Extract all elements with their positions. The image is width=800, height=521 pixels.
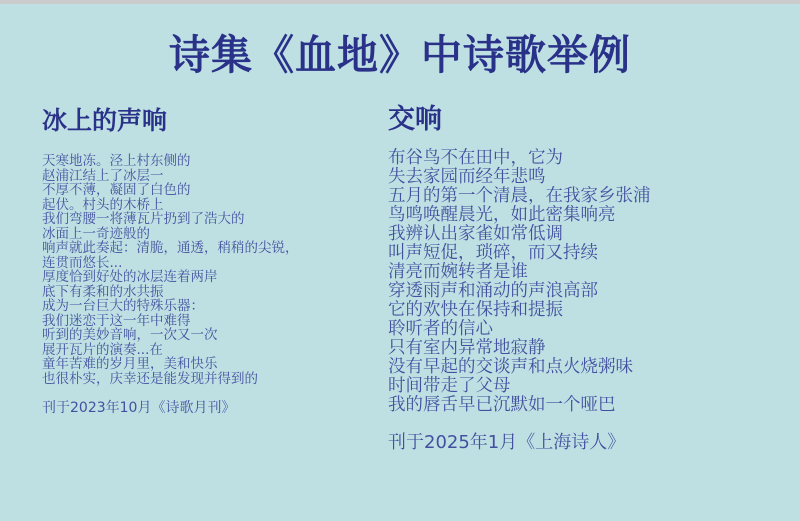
poem-line: 成为一台巨大的特殊乐器： [42,299,377,314]
poem-line: 冰面上一奇迹般的 [42,227,377,242]
poem-line: 展开瓦片的演奏...在 [42,343,377,358]
poem-line: 我们迷恋于这一年中难得 [42,314,377,329]
top-border-strip [0,0,800,4]
poem-line: 底下有柔和的水共振 [42,285,377,300]
poem-line: 我们弯腰一将薄瓦片扔到了浩大的 [42,212,377,227]
poem-line: 连贯而悠长... [42,256,377,271]
poem-line: 时间带走了父母 [388,377,788,396]
poem-line: 穿透雨声和涌动的声浪高部 [388,282,788,301]
poem-line: 只有室内异常地寂静 [388,339,788,358]
poem-line: 失去家园而经年悲鸣 [388,168,788,187]
poem-line: 我辨认出家雀如常低调 [388,225,788,244]
poem-line: 布谷鸟不在田中，它为 [388,149,788,168]
poem-line: 起伏。村头的木桥上 [42,198,377,213]
poem-line: 五月的第一个清晨，在我家乡张浦 [388,187,788,206]
poem-line: 不厚不薄，凝固了白色的 [42,183,377,198]
poem-body-left: 天寒地冻。泾上村东侧的赵浦江结上了冰层一不厚不薄，凝固了白色的起伏。村头的木桥上… [42,154,377,386]
poem-line: 也很朴实，庆幸还是能发现并得到的 [42,372,377,387]
poem-line: 听到的美妙音响，一次又一次 [42,328,377,343]
poem-line: 没有早起的交谈声和点火烧粥味 [388,358,788,377]
poem-body-right: 布谷鸟不在田中，它为失去家园而经年悲鸣五月的第一个清晨，在我家乡张浦鸟鸣唤醒晨光… [388,149,788,415]
poem-line: 我的唇舌早已沉默如一个哑巴 [388,396,788,415]
poem-line: 厚度恰到好处的冰层连着两岸 [42,270,377,285]
poem-line: 叫声短促，琐碎，而又持续 [388,244,788,263]
poem-section-left: 冰上的声响 天寒地冻。泾上村东侧的赵浦江结上了冰层一不厚不薄，凝固了白色的起伏。… [42,101,377,417]
poem-title-left: 冰上的声响 [42,101,377,137]
poem-title-right: 交响 [388,97,788,136]
poem-line: 清亮而婉转者是谁 [388,263,788,282]
poem-line: 聆听者的信心 [388,320,788,339]
poem-section-right: 交响 布谷鸟不在田中，它为失去家园而经年悲鸣五月的第一个清晨，在我家乡张浦鸟鸣唤… [388,97,788,454]
poem-line: 鸟鸣唤醒晨光，如此密集响亮 [388,206,788,225]
poem-line: 赵浦江结上了冰层一 [42,169,377,184]
poem-line: 天寒地冻。泾上村东侧的 [42,154,377,169]
page-title: 诗集《血地》中诗歌举例 [0,22,800,81]
publication-note-left: 刊于2023年10月《诗歌月刊》 [42,397,377,417]
poem-line: 它的欢快在保持和提振 [388,301,788,320]
slide-page: 诗集《血地》中诗歌举例 冰上的声响 天寒地冻。泾上村东侧的赵浦江结上了冰层一不厚… [0,0,800,521]
poem-line: 童年苦难的岁月里，美和快乐 [42,357,377,372]
publication-note-right: 刊于2025年1月《上海诗人》 [388,428,788,454]
poem-line: 响声就此奏起：清脆，通透，稍稍的尖锐， [42,241,377,256]
